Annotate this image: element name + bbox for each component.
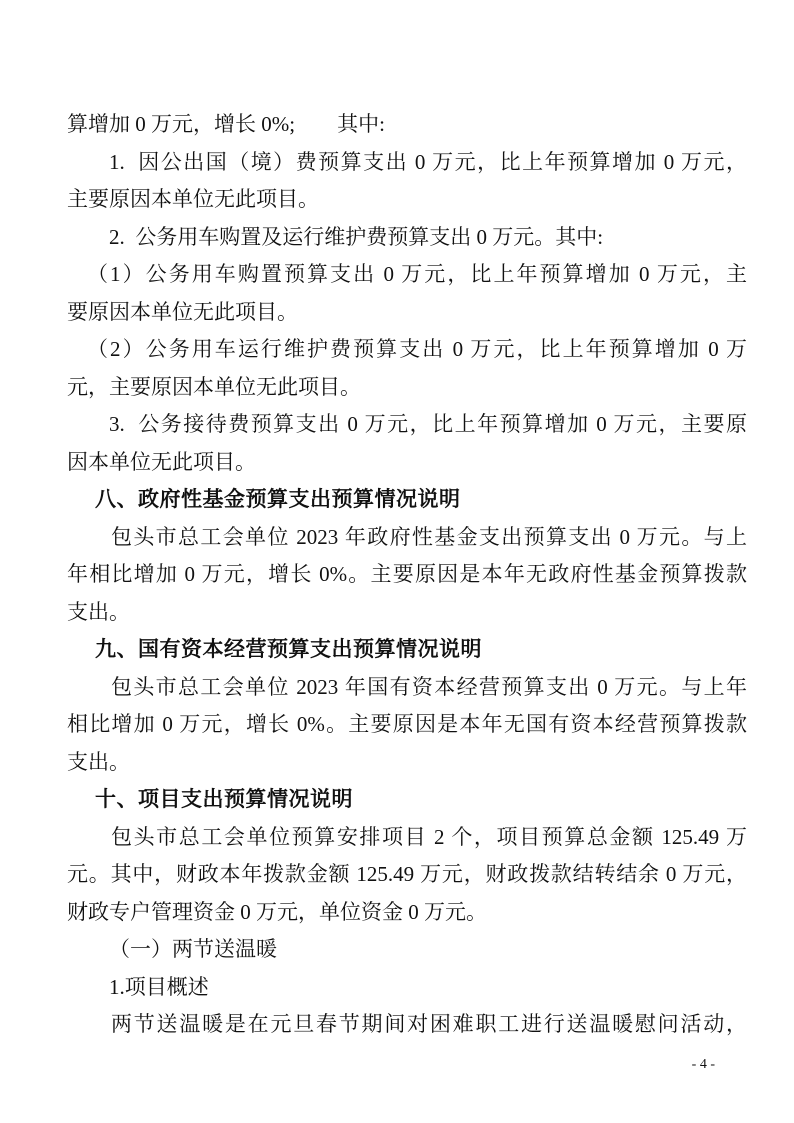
section-heading: 十、项目支出预算情况说明 [67, 781, 747, 819]
paragraph-line: 1. 因公出国（境）费预算支出 0 万元，比上年预算增加 0 万元， [67, 144, 747, 182]
paragraph-line: 包头市总工会单位 2023 年政府性基金支出预算支出 0 万元。与上 [67, 519, 747, 557]
paragraph-line: 主要原因本单位无此项目。 [67, 181, 747, 219]
paragraph-line: （1）公务用车购置预算支出 0 万元，比上年预算增加 0 万元，主 [67, 256, 747, 294]
paragraph-line: 要原因本单位无此项目。 [67, 294, 747, 332]
paragraph-line: 元，主要原因本单位无此项目。 [67, 369, 747, 407]
paragraph-line: 财政专户管理资金 0 万元，单位资金 0 万元。 [67, 894, 747, 932]
paragraph-line: 年相比增加 0 万元，增长 0%。主要原因是本年无政府性基金预算拨款 [67, 556, 747, 594]
paragraph-line: 包头市总工会单位 2023 年国有资本经营预算支出 0 万元。与上年 [67, 669, 747, 707]
paragraph-line: 支出。 [67, 744, 747, 782]
paragraph-line: 相比增加 0 万元，增长 0%。主要原因是本年无国有资本经营预算拨款 [67, 706, 747, 744]
paragraph-line: 元。其中，财政本年拨款金额 125.49 万元，财政拨款结转结余 0 万元， [67, 856, 747, 894]
paragraph-line: （2）公务用车运行维护费预算支出 0 万元，比上年预算增加 0 万 [67, 331, 747, 369]
paragraph-line: 1.项目概述 [67, 969, 747, 1007]
page-number: - 4 - [692, 1055, 715, 1075]
section-heading: 八、政府性基金预算支出预算情况说明 [67, 481, 747, 519]
paragraph-line: 2. 公务用车购置及运行维护费预算支出 0 万元。其中: [67, 219, 747, 257]
document-page: { "page": { "background_color": "#ffffff… [0, 0, 794, 1123]
paragraph-line: 3. 公务接待费预算支出 0 万元，比上年预算增加 0 万元，主要原 [67, 406, 747, 444]
paragraph-line: 算增加 0 万元，增长 0%; 其中: [67, 106, 747, 144]
section-heading: 九、国有资本经营预算支出预算情况说明 [67, 631, 747, 669]
document-text-body: 算增加 0 万元，增长 0%; 其中: 1. 因公出国（境）费预算支出 0 万元… [67, 106, 747, 1044]
paragraph-line: 包头市总工会单位预算安排项目 2 个，项目预算总金额 125.49 万 [67, 819, 747, 857]
paragraph-line: （一）两节送温暖 [67, 931, 747, 969]
paragraph-line: 两节送温暖是在元旦春节期间对困难职工进行送温暖慰问活动， [67, 1006, 747, 1044]
paragraph-line: 支出。 [67, 594, 747, 632]
paragraph-line: 因本单位无此项目。 [67, 444, 747, 482]
